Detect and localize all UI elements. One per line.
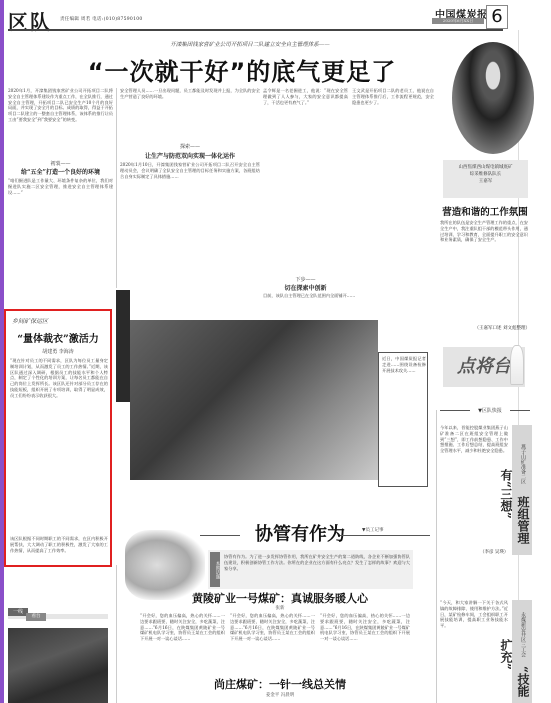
page-number: 6 [486,5,508,29]
feature-section-tag: ▼员工记事 [360,527,385,533]
quick-news-item2-source: 永煤新安井区三工会 [520,612,526,657]
profile-title: 营造和谐的工作氛围 [440,204,530,218]
lead-body-col1b: “咱们掘进队是工作量大、环境条件复杂的单位，我们对掘进队实施二区安全管理，推进安… [8,178,113,282]
photo-board-edge [116,290,130,402]
quick-news-item1-tab: 燕子山矿准备二区 班组管理有“三想” [512,425,532,555]
subhead2: 让生产与防范双向实现一体化运作 [120,151,260,160]
profile-body: 我所在的队伍是安全生产管理工作的重点，在安全生产中，我注重队组干部的模范带头作用… [440,220,528,318]
profile-name: 王嘉军 [443,178,528,185]
column-divider [116,565,117,703]
miners-inspecting-equipment-photo [130,320,378,480]
column-divider [116,88,117,288]
sidebar-title: “量体裁衣”激活力 [8,330,108,345]
feature-section-title: 协管有作为 [180,520,420,546]
sidebar-kicker: 乡间矿保运区 [12,316,48,325]
article2-title: 尚庄煤矿：一针一线总关情 [140,676,420,692]
editor-note: 协管有作为。为了进一步发挥协管作用，我所在矿井安全生产的第二道防线，各企业不断加… [224,554,410,586]
quick-news-item2-tab: 永煤新安井区三工会 “技能扩充” [512,600,532,703]
article1-body-col1: “开会好，您的血压偏高，热心的关怀……一边要求跟班要，随时关注安全，多吃蔬菜，注… [140,613,225,665]
editor-topic-tag: 本期话题 [210,552,220,587]
quick-news-item1-source: 燕子山矿准备二区 [520,444,526,484]
profile-caption-box: 山西焦煤西山煤电镇城底矿 综采维修队队长 王嘉军 [443,160,528,198]
issue-date: 2020年6月XX日 [432,18,484,24]
subhead2-kicker: 探索—— [120,143,260,150]
section-name: 区队 [8,6,52,35]
frontline-tag: 一线 [8,608,28,616]
lead-body-col4: 王文武是开拓项目二队的老员工，他说在自主管理体系推行后，工作流程更规范，安全隐患… [352,88,434,298]
column-divider [436,410,437,703]
lead-body-col2: 安全管理人员……一旦出现问题，员工都能及时发现并上报，为全队的安全生产营造了良好… [120,88,260,140]
subhead1: 给“五全”打造一个良好的环境 [8,167,113,176]
sidebar-closing: 该区队根据不同时期职工的不同需求，在区内积极开展帮扶，大大调动了职工的积极性，激… [10,536,108,564]
quick-news-item1-credit: （李彦 吴瑛） [480,549,510,555]
profile-affiliation: 山西焦煤西山煤电镇城底矿 [443,164,528,171]
lead-body-col3: 孟令辉是一名老掘进工，他说：“现在安全管理做到了人人参与，大家的安全意识都提高了… [263,88,348,208]
masthead-divider [8,29,503,31]
pointing-figure-icon [510,345,524,385]
article2-byline: 姜金平 冯晨明 [140,692,420,698]
article1-byline: 张新 [140,605,420,611]
lead-headline: “一次就干好”的底气更足了 [62,52,422,87]
lead-body-col2b: 2020年1月10日，开滦集团钱家营矿业公司开拓项目二队召开安全自主管理动员会，… [120,162,260,284]
sidebar-body: “现在针对员工的不同需求，区队为每位员工量身定制培训计划，从而激发了员工的工作热… [10,358,108,534]
lead-kicker: 开滦集团钱家营矿业公司开拓项目二队建立安全自主管理体系—— [100,40,400,48]
subhead3: 切在探索中创新 [263,283,348,292]
article1-title: 黄陵矿业一号煤矿：真诚服务暖人心 [140,590,420,606]
profile-credit: （王嘉军口述 刘文彪整理） [455,325,530,331]
photo-caption-text: 近日，中国煤炭报记者走进……围绕设备检修开展技术攻关…… [382,356,426,484]
frontline-watch-tag: 看台 [26,613,46,621]
sidebar-byline: 胡建勇 李海涛 [8,348,108,355]
article1-body-col2: “开会好，您的血压偏高，热心的关怀……一边要求跟班要，随时关注安全，多吃蔬菜，注… [230,613,315,665]
subhead1-kicker: 初衷—— [8,160,113,167]
profile-role: 综采维修队队长 [443,171,528,178]
worker-at-blackboard-photo [8,628,108,703]
quick-news-label: ▼区队快报 [470,407,510,414]
section-rule-right [340,535,430,536]
profile-portrait [452,42,534,154]
editor-contact: 责任编辑 周若 电话:(010)87590100 [60,16,143,22]
subhead3-kicker: 下步—— [263,276,348,283]
article1-body-col3: “开会好，您的血压偏高，热心的关怀……一边要求跟班要，随时关注安全，多吃蔬菜，注… [320,613,410,665]
lead-body-col1: 2020年1月，开滦集团钱家营矿业公司开拓项目二队将安全自主管理体系建设作为重点… [8,88,113,156]
